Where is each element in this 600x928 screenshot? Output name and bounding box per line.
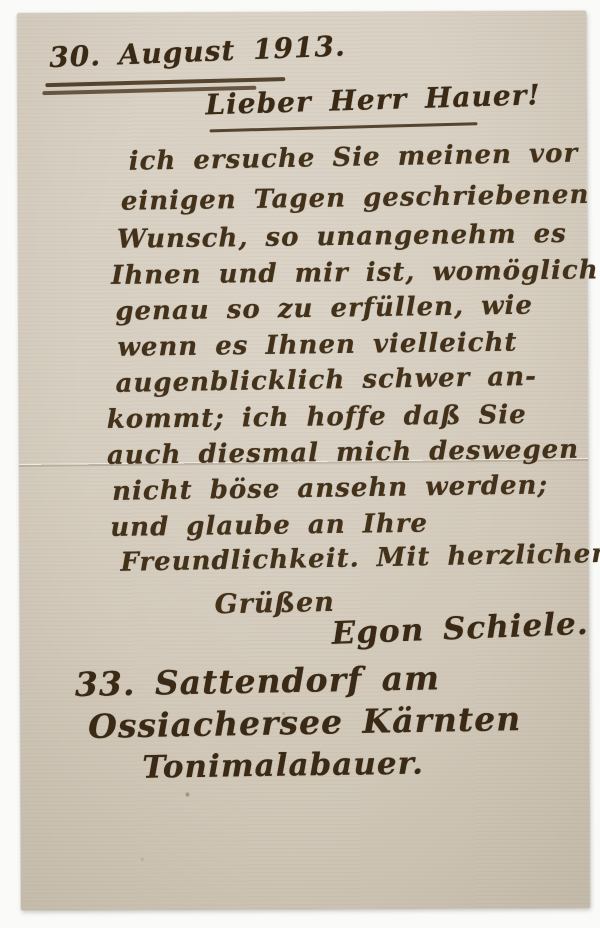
body-line: nicht böse ansehn werden; bbox=[112, 470, 548, 506]
salutation-underline bbox=[210, 122, 478, 132]
letter-sheet: 30. August 1913. Lieber Herr Hauer! ich … bbox=[17, 11, 590, 910]
date-line: 30. August 1913. bbox=[49, 29, 347, 74]
body-line: einigen Tagen geschriebenen bbox=[121, 180, 590, 217]
body-line: und glaube an Ihre bbox=[110, 509, 428, 543]
body-line: Freundlichkeit. Mit herzlichen bbox=[120, 539, 600, 578]
foxing-speck bbox=[141, 858, 144, 861]
body-line: kommt; ich hoffe daß Sie bbox=[107, 400, 527, 435]
date-underline-top bbox=[45, 77, 285, 87]
foxing-speck bbox=[185, 793, 189, 797]
signature: Egon Schiele. bbox=[331, 606, 589, 652]
body-line: wenn es Ihnen vielleicht bbox=[117, 328, 517, 363]
address-line: Ossiachersee Kärnten bbox=[88, 699, 522, 746]
body-line: ich ersuche Sie meinen vor bbox=[128, 139, 578, 177]
address-line: Tonimalabauer. bbox=[142, 746, 424, 786]
body-line: genau so zu erfüllen, wie bbox=[115, 291, 533, 327]
body-line: auch diesmal mich deswegen bbox=[107, 435, 579, 471]
body-line: Wunsch, so unangenehm es bbox=[117, 219, 567, 255]
address-line: 33. Sattendorf am bbox=[75, 658, 441, 704]
body-line: augenblicklich schwer an- bbox=[115, 362, 537, 399]
body-line: Ihnen und mir ist, womöglich bbox=[111, 255, 599, 291]
scanned-letter-photo: 30. August 1913. Lieber Herr Hauer! ich … bbox=[0, 0, 600, 928]
salutation-line: Lieber Herr Hauer! bbox=[205, 78, 541, 121]
closing-line: Grüßen bbox=[214, 587, 335, 621]
